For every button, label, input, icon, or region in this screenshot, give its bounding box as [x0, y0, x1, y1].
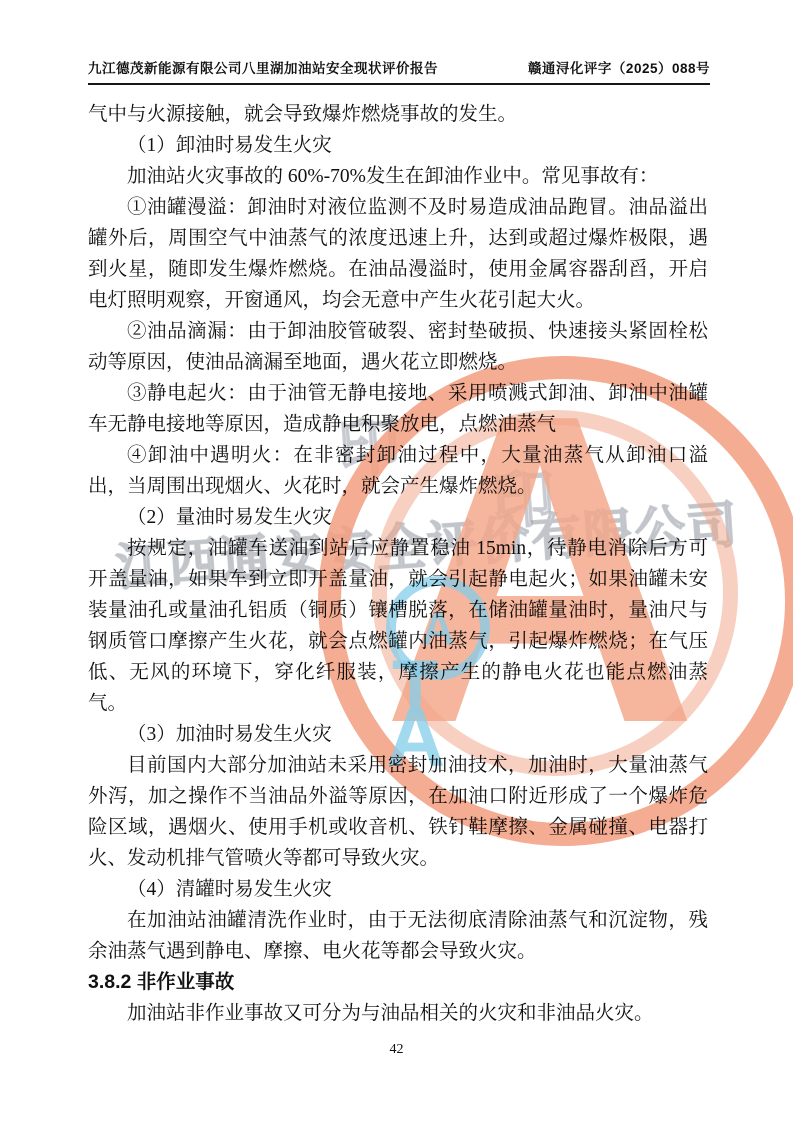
page-number: 42 — [390, 1042, 404, 1057]
paragraph: ④卸油中遇明火：在非密封卸油过程中，大量油蒸气从卸油口溢出，当周围出现烟火、火花… — [88, 440, 708, 502]
paragraph: 按规定，油罐车送油到站后应静置稳油 15min，待静电消除后方可开盖量油，如果车… — [88, 533, 708, 719]
paragraph: 加油站非作业事故又可分为与油品相关的火灾和非油品火灾。 — [88, 998, 708, 1029]
paragraph: 加油站火灾事故的 60%-70%发生在卸油作业中。常见事故有： — [88, 161, 708, 192]
paragraph: （4）清罐时易发生火灾 — [88, 874, 708, 905]
paragraph: 气中与火源接触，就会导致爆炸燃烧事故的发生。 — [88, 99, 708, 130]
paragraph: （1）卸油时易发生火灾 — [88, 130, 708, 161]
header-report-title: 九江德茂新能源有限公司八里湖加油站安全现状评价报告 — [88, 60, 438, 78]
paragraph: 在加油站油罐清洗作业时，由于无法彻底清除油蒸气和沉淀物，残余油蒸气遇到静电、摩擦… — [88, 905, 708, 967]
page-header: 九江德茂新能源有限公司八里湖加油站安全现状评价报告 赣通浔化评字（2025）08… — [88, 60, 710, 85]
paragraph: ①油罐漫溢：卸油时对液位监测不及时易造成油品跑冒。油品溢出罐外后，周围空气中油蒸… — [88, 192, 708, 316]
paragraph: （2）量油时易发生火灾 — [88, 502, 708, 533]
paragraph: 3.8.2 非作业事故 — [88, 967, 708, 998]
document-page: 九江德茂新能源有限公司八里湖加油站安全现状评价报告 赣通浔化评字（2025）08… — [0, 0, 793, 1122]
page-footer: 42 — [0, 1042, 793, 1058]
paragraph: 目前国内大部分加油站未采用密封加油技术，加油时，大量油蒸气外泻，加之操作不当油品… — [88, 750, 708, 874]
document-body: 气中与火源接触，就会导致爆炸燃烧事故的发生。（1）卸油时易发生火灾加油站火灾事故… — [88, 99, 708, 1029]
header-document-number: 赣通浔化评字（2025）088号 — [528, 60, 710, 78]
paragraph: ③静电起火：由于油管无静电接地、采用喷溅式卸油、卸油中油罐车无静电接地等原因，造… — [88, 378, 708, 440]
paragraph: （3）加油时易发生火灾 — [88, 719, 708, 750]
paragraph: ②油品滴漏：由于卸油胶管破裂、密封垫破损、快速接头紧固栓松动等原因，使油品滴漏至… — [88, 316, 708, 378]
